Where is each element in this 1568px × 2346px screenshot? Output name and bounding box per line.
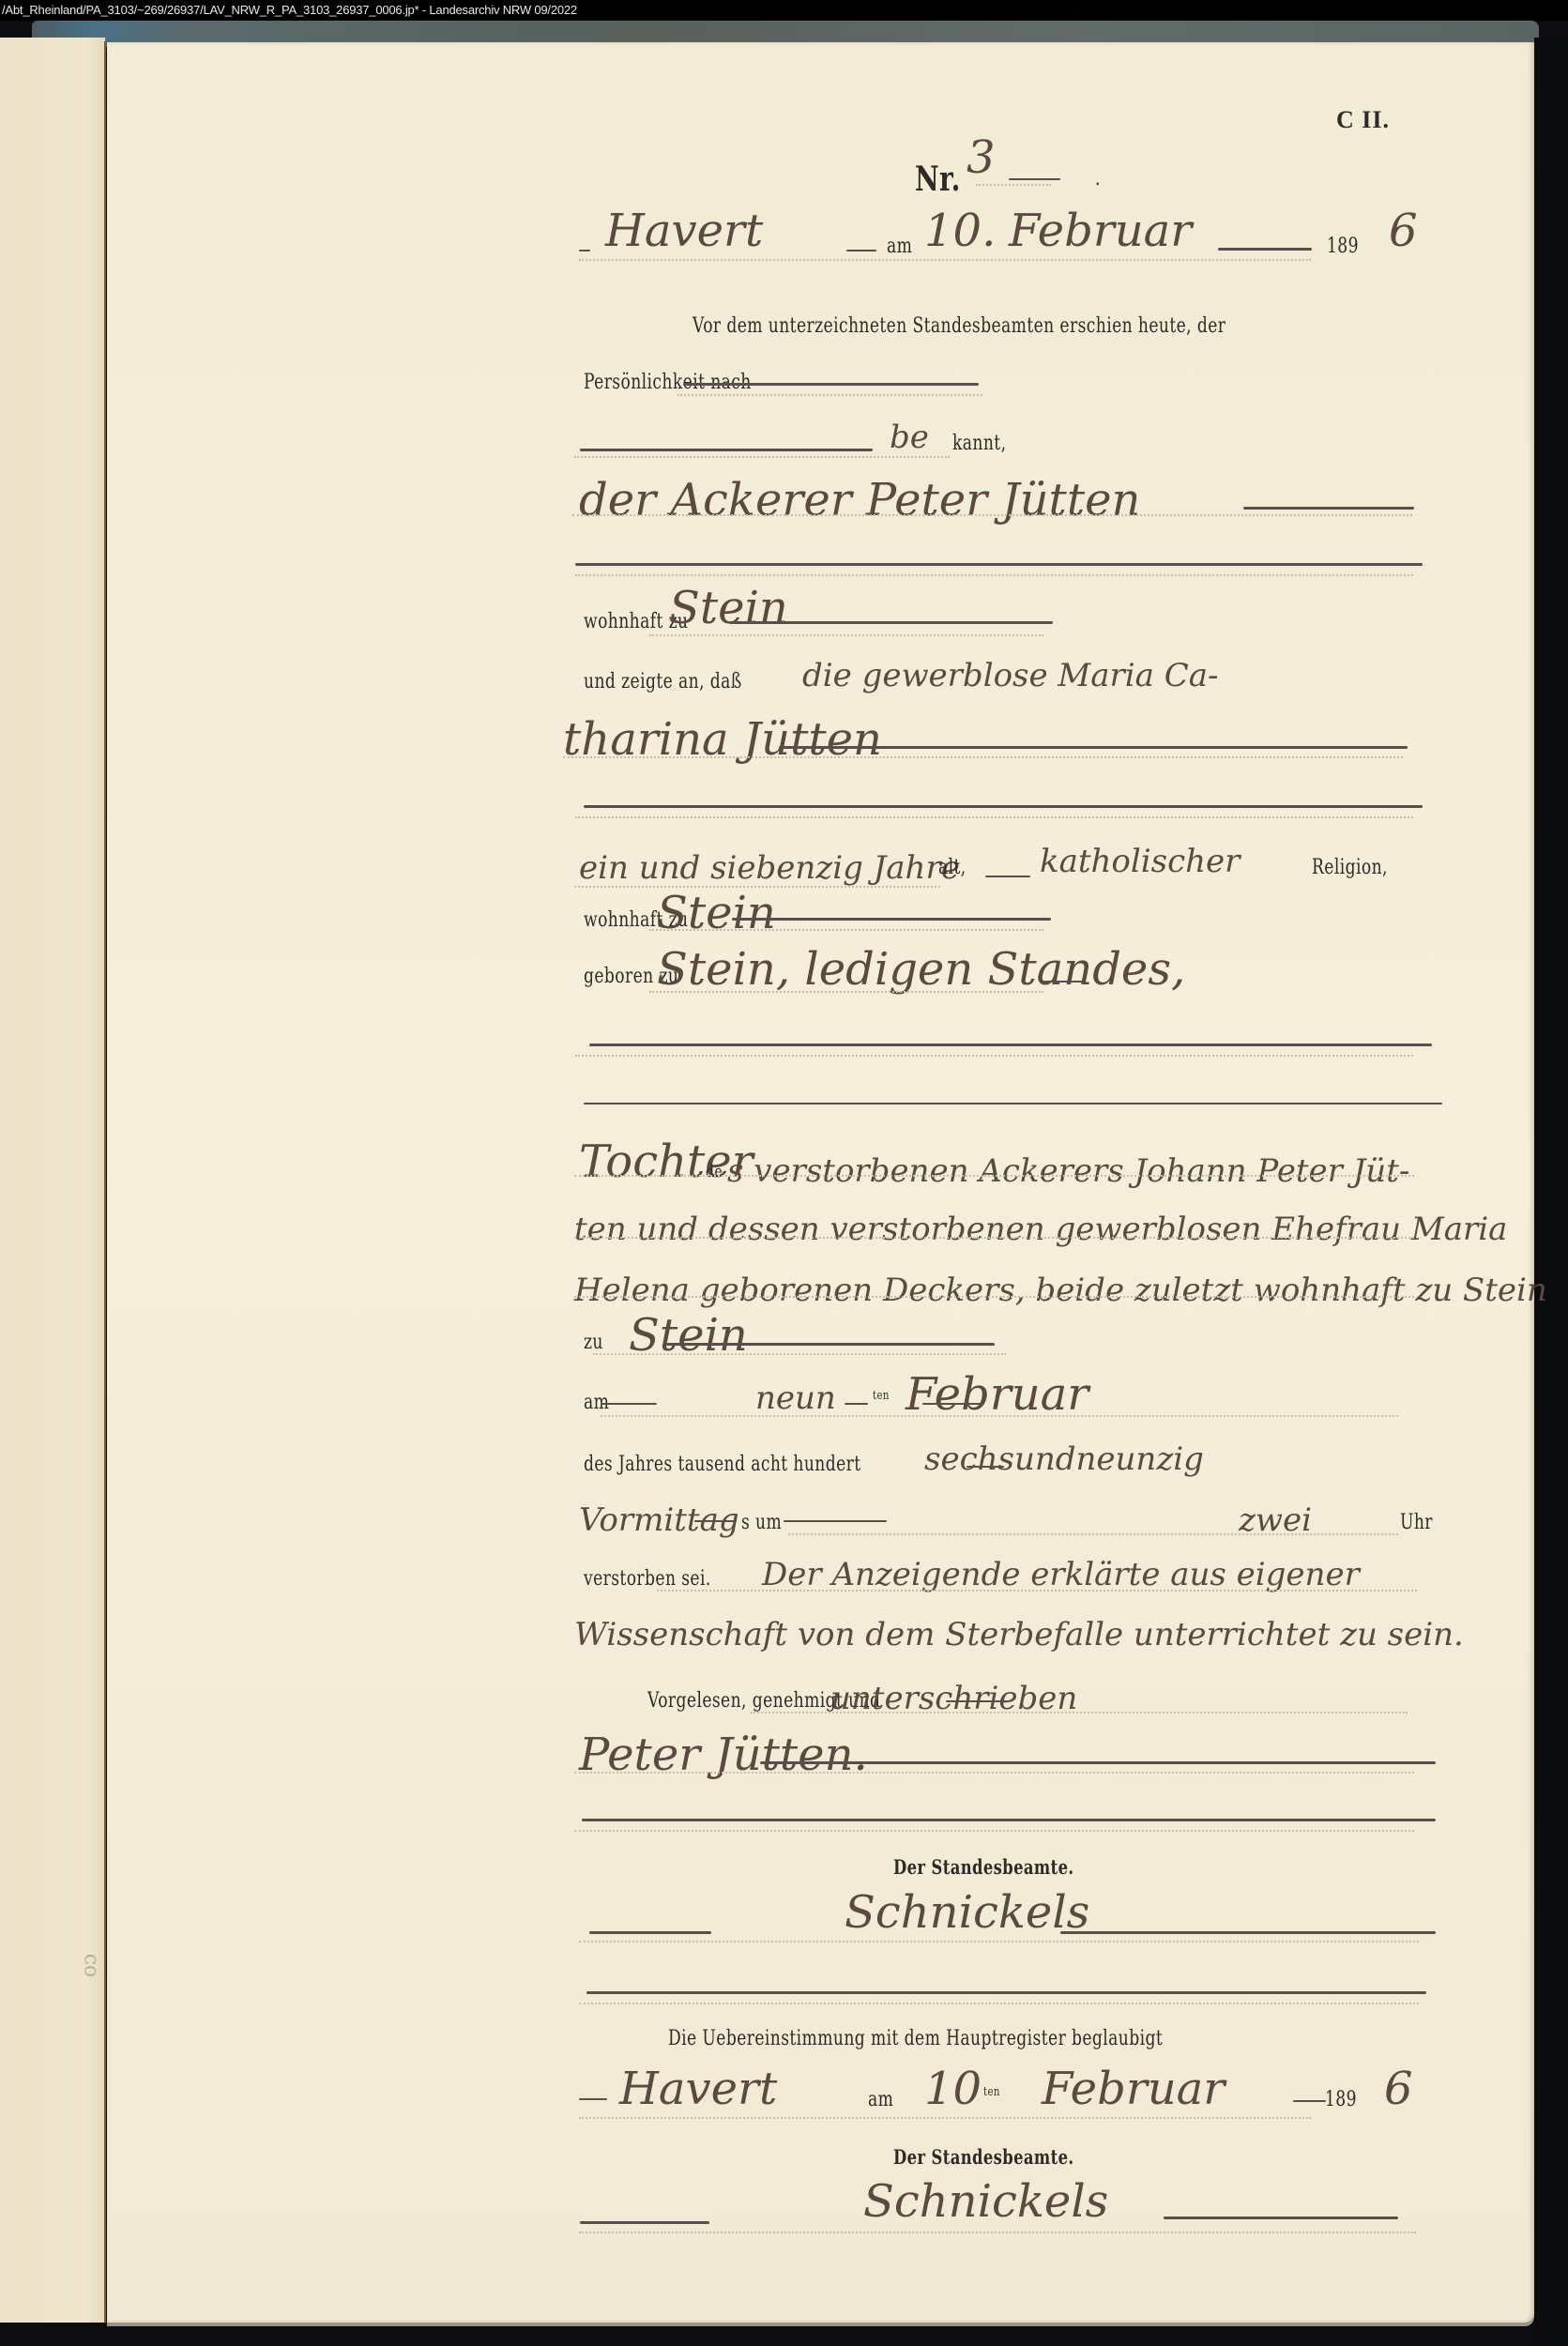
am-label: am	[887, 235, 912, 258]
section-code: C II.	[1336, 106, 1390, 134]
age-rule	[985, 876, 1030, 877]
month-value: Februar	[1009, 205, 1192, 257]
date-of-death-rule-a	[601, 1403, 657, 1405]
known-value: be	[890, 419, 929, 456]
cert-am-label: am	[868, 2088, 893, 2111]
identity-dots	[677, 394, 982, 396]
parents-dots-3	[574, 1296, 1414, 1298]
place-lead-rule	[579, 250, 590, 251]
official-title-2: Der Standesbeamte.	[893, 2145, 1074, 2169]
place-of-death-dots	[593, 1353, 1006, 1355]
date-of-death-suffix: ten	[873, 1389, 890, 1403]
left-page	[0, 38, 105, 2323]
pencil-mark: co	[79, 1954, 102, 1978]
residence-value-1: Stein	[669, 582, 788, 634]
blank-rule-4	[584, 1103, 1442, 1104]
time-of-day-rule	[694, 1520, 737, 1522]
cert-day: 10	[924, 2063, 982, 2115]
intro-text: Vor dem unterzeichneten Standesbeamten e…	[693, 314, 1225, 338]
hour-rule	[784, 1520, 887, 1522]
number-value: 3	[967, 131, 996, 184]
note-line-2: Wissenschaft von dem Sterbefalle unterri…	[574, 1616, 1464, 1653]
time-of-day-suffix: s um	[741, 1511, 782, 1534]
read-dots	[751, 1712, 1408, 1714]
known-dots	[574, 456, 950, 458]
reported-label: und zeigte an, daß	[584, 670, 742, 693]
cert-year-prefix: 189	[1325, 2088, 1357, 2111]
blank-dots-2	[575, 816, 1413, 818]
place-value: Havert	[605, 205, 763, 257]
official-signature-1: Schnickels	[845, 1886, 1089, 1939]
blank-rule-2	[584, 805, 1423, 808]
identity-rule	[683, 383, 979, 386]
parents-dots-1	[574, 1175, 1414, 1177]
year-suffix: 6	[1389, 205, 1418, 257]
parents-line-3: Helena geborenen Deckers, beide zuletzt …	[574, 1272, 1547, 1309]
birth-rule	[1042, 981, 1084, 983]
official-dots-1	[579, 1941, 1419, 1942]
age-value: ein und siebenzig Jahre	[579, 849, 960, 887]
religion-value: katholischer	[1040, 843, 1240, 880]
place-of-death-label: zu	[584, 1331, 603, 1354]
blank-rule-5	[582, 1819, 1436, 1821]
note-line-1: Der Anzeigende erklärte aus eigener	[762, 1556, 1360, 1593]
declarant-dots	[572, 514, 1412, 516]
year-prefix: 189	[1327, 235, 1359, 258]
blank-dots-1	[575, 574, 1413, 576]
parents-dots-2	[574, 1237, 1414, 1239]
known-label: kannt,	[952, 432, 1006, 455]
parents-print: de	[706, 1162, 723, 1181]
cert-year-suffix: 6	[1384, 2063, 1413, 2115]
age-label: alt,	[938, 856, 967, 879]
declarant-signature-rule	[760, 1761, 1436, 1764]
year-label: des Jahres tausend acht hundert	[584, 1453, 861, 1476]
official-rule-2b	[1164, 2217, 1398, 2219]
religion-label: Religion,	[1312, 856, 1388, 879]
birth-dots	[649, 991, 1043, 993]
number-label: Nr.	[915, 160, 961, 199]
deceased-dots	[563, 756, 1403, 758]
residence-rule-2	[732, 918, 1051, 921]
official-rule-2a	[580, 2221, 709, 2224]
cert-month-rule	[1293, 2100, 1326, 2102]
residence-dots-1	[649, 634, 1043, 636]
declarant-signature-dots	[574, 1772, 1414, 1774]
book-gutter	[104, 41, 106, 2323]
blank-rule-6	[586, 1991, 1426, 1994]
place-date-dots	[579, 259, 1311, 261]
date-of-death-rule-c	[922, 1403, 983, 1405]
number-dots	[976, 184, 1051, 186]
deceased-rule	[779, 746, 1408, 749]
year-rule	[967, 1466, 1004, 1468]
place-of-death-rule	[666, 1343, 995, 1346]
official-rule-1a	[589, 1931, 711, 1934]
declarant-rule	[1243, 507, 1414, 510]
cert-day-suffix: ten	[983, 2085, 1000, 2099]
note-dots-1	[657, 1590, 1417, 1592]
date-of-death-month: Februar	[906, 1368, 1088, 1421]
birth-value: Stein, ledigen Standes,	[657, 943, 1185, 996]
year-value: sechsundneunzig	[924, 1440, 1204, 1478]
blank-dots-3	[575, 1055, 1413, 1057]
known-rule	[580, 449, 873, 451]
residence-value-2: Stein	[657, 887, 776, 939]
read-rule	[946, 1700, 1010, 1702]
day-value: 10.	[924, 205, 996, 257]
cert-month: Februar	[1042, 2063, 1225, 2115]
date-of-death-day: neun	[755, 1379, 836, 1417]
blank-dots-6	[579, 2003, 1419, 2004]
place-trail-rule	[846, 250, 876, 251]
time-dots	[788, 1533, 1398, 1535]
declarant-value: der Ackerer Peter Jütten	[579, 474, 1140, 526]
official-signature-2: Schnickels	[863, 2175, 1108, 2228]
number-rule	[1009, 178, 1060, 180]
official-dots-2	[579, 2232, 1416, 2233]
cert-lead-rule	[579, 2098, 607, 2100]
certification-text: Die Uebereinstimmung mit dem Hauptregist…	[668, 2027, 1163, 2050]
official-rule-1b	[1060, 1931, 1436, 1934]
date-of-death-dots	[601, 1415, 1398, 1417]
month-rule	[1218, 248, 1312, 251]
parents-line-1: s verstorbenen Ackerers Johann Peter Jüt…	[727, 1152, 1409, 1190]
cert-dots	[579, 2117, 1311, 2119]
date-of-death-rule-b	[845, 1403, 868, 1405]
hour-label: Uhr	[1400, 1511, 1433, 1534]
residence-rule-1	[729, 621, 1053, 624]
window-title: /Abt_Rheinland/PA_3103/~269/26937/LAV_NR…	[2, 3, 577, 17]
deceased-line-1: die gewerblose Maria Ca-	[802, 657, 1218, 694]
parents-line-2: ten und dessen verstorbenen gewerblosen …	[574, 1211, 1507, 1248]
blank-rule-1	[575, 563, 1423, 566]
official-title-1: Der Standesbeamte.	[893, 1855, 1074, 1879]
died-label: verstorben sei.	[584, 1567, 711, 1591]
blank-dots-5	[574, 1830, 1414, 1832]
window-title-bar: /Abt_Rheinland/PA_3103/~269/26937/LAV_NR…	[0, 0, 1568, 21]
blank-rule-3	[589, 1044, 1432, 1046]
number-period: .	[1095, 167, 1101, 190]
residence-dots-2	[649, 929, 1043, 931]
cert-place: Havert	[619, 2063, 777, 2115]
background-edge	[1534, 38, 1568, 2346]
